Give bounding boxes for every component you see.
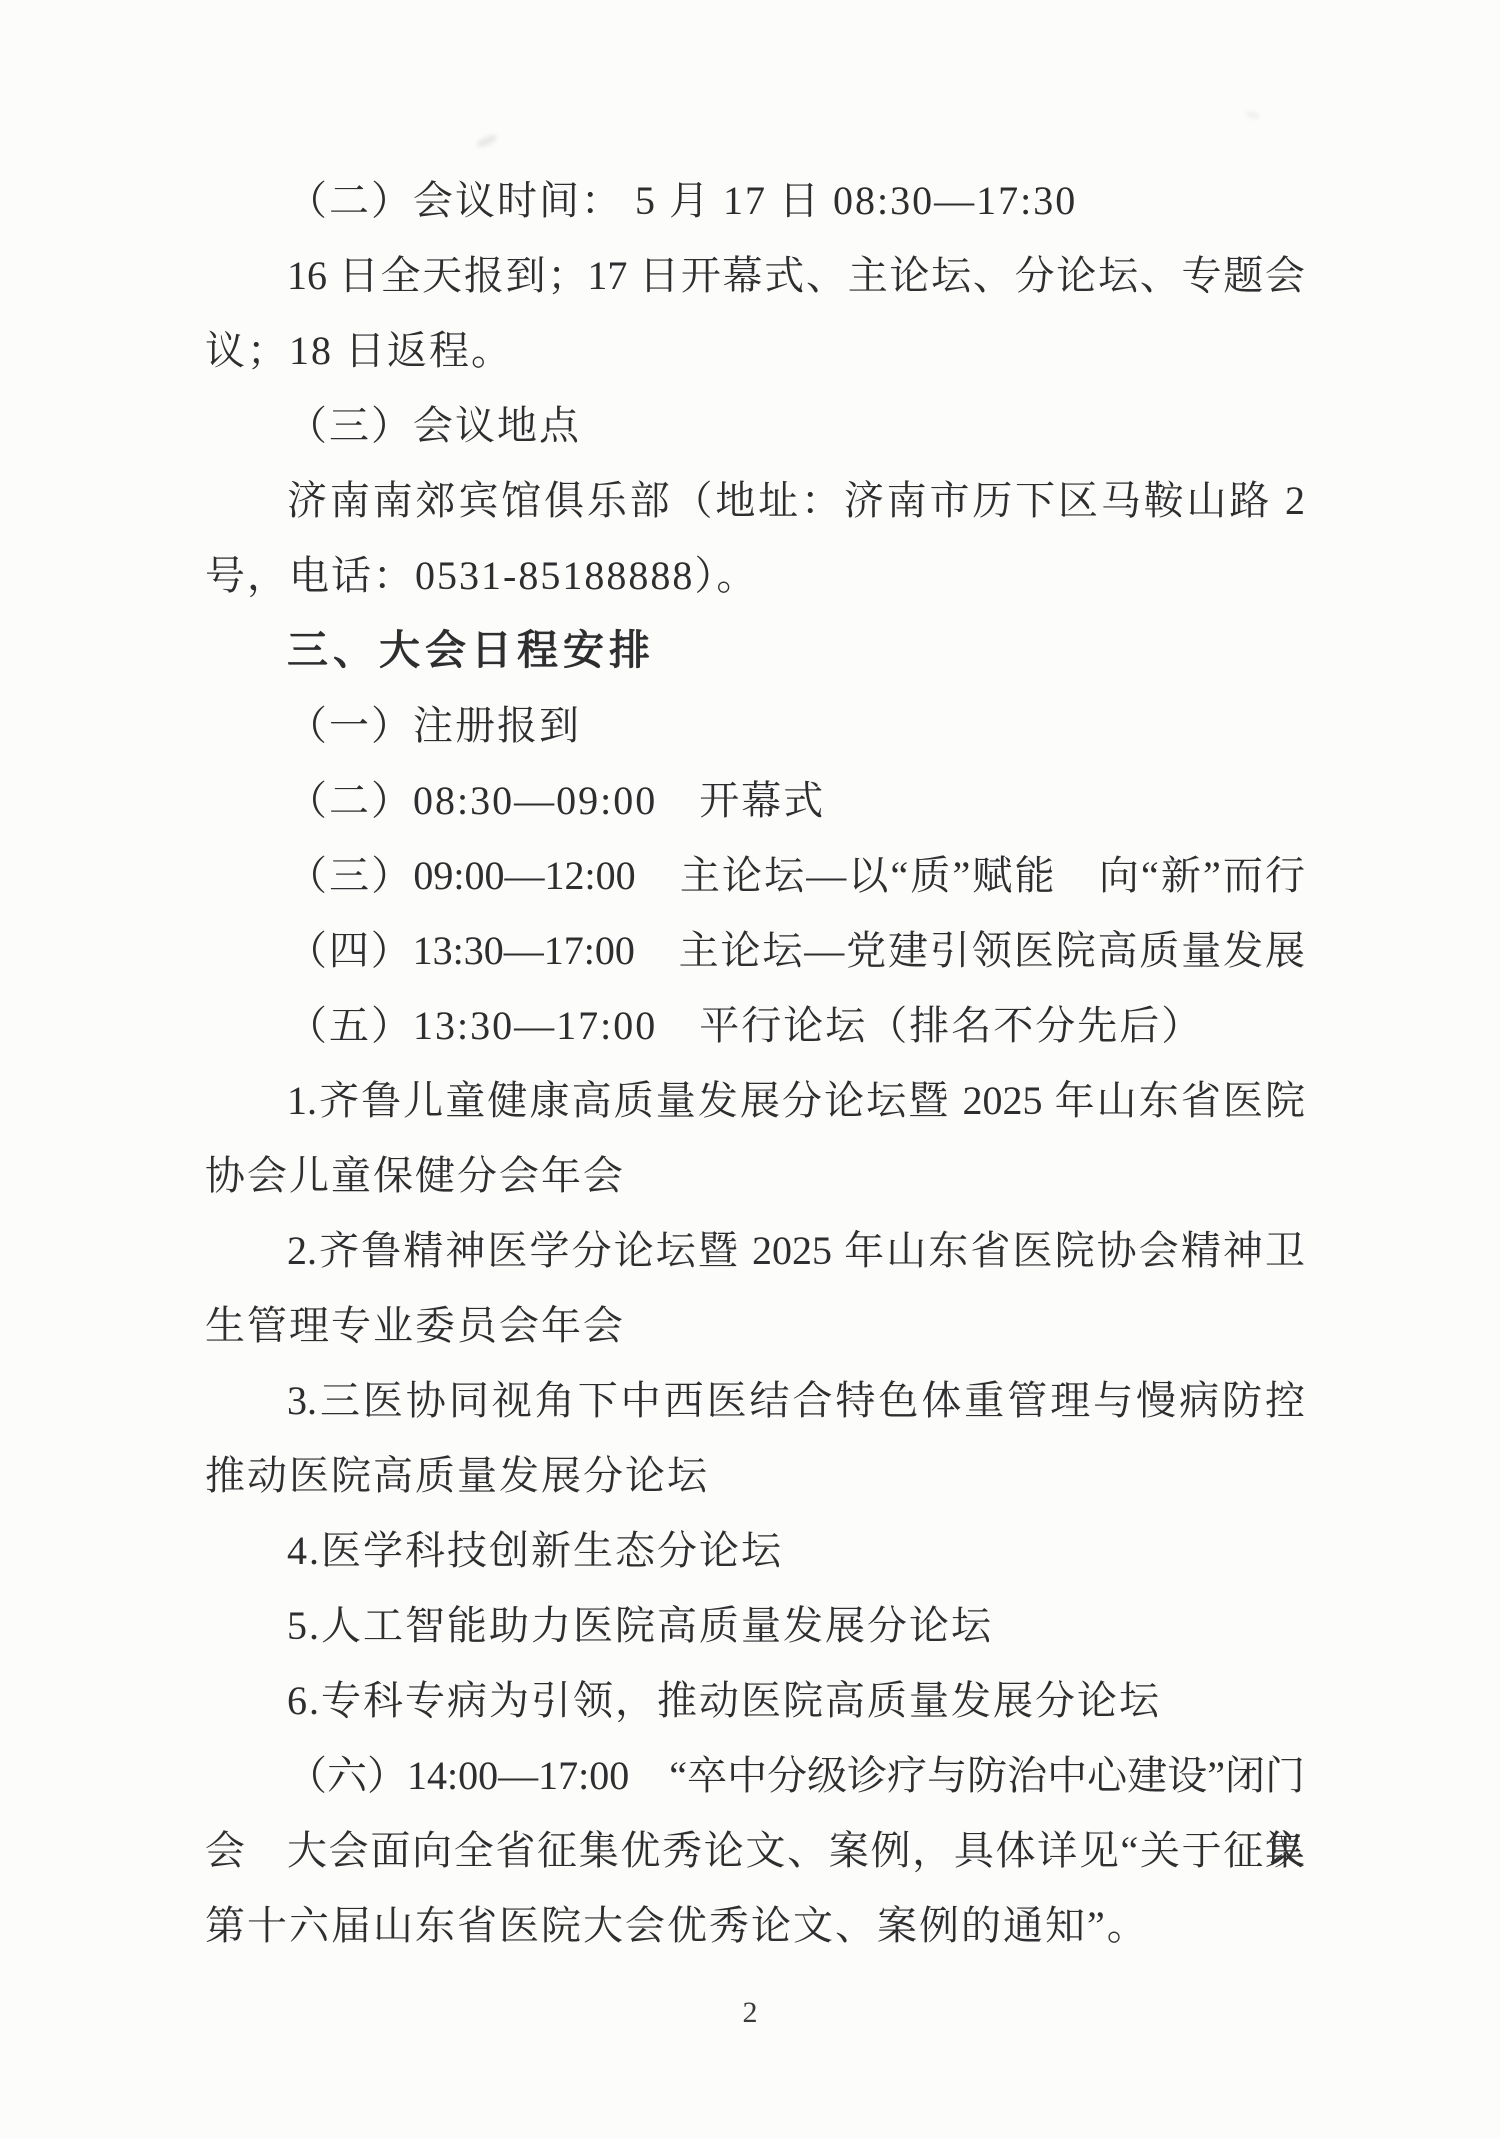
document-line: 生管理专业委员会年会 — [205, 1288, 1305, 1363]
page-number: 2 — [0, 1993, 1500, 2033]
document-line: （六）14:00—17:00 “卒中分级诊疗与防治中心建设”闭门会议 — [205, 1738, 1305, 1813]
document-page: （二）会议时间： 5 月 17 日 08:30—17:3016 日全天报到；17… — [0, 0, 1500, 2139]
document-line: 推动医院高质量发展分论坛 — [205, 1438, 1305, 1513]
section-heading: 三、大会日程安排 — [205, 613, 1305, 688]
document-line: 大会面向全省征集优秀论文、案例，具体详见“关于征集 — [205, 1813, 1305, 1888]
document-line: 6.专科专病为引领，推动医院高质量发展分论坛 — [205, 1663, 1305, 1738]
document-body: （二）会议时间： 5 月 17 日 08:30—17:3016 日全天报到；17… — [205, 163, 1305, 1963]
document-line: 协会儿童保健分会年会 — [205, 1138, 1305, 1213]
document-line: 议；18 日返程。 — [205, 313, 1305, 388]
scan-artifact — [475, 133, 498, 150]
document-line: 5.人工智能助力医院高质量发展分论坛 — [205, 1588, 1305, 1663]
document-line: 第十六届山东省医院大会优秀论文、案例的通知”。 — [205, 1888, 1305, 1963]
document-line: 3.三医协同视角下中西医结合特色体重管理与慢病防控 — [205, 1363, 1305, 1438]
document-line: （三）09:00—12:00 主论坛—以“质”赋能 向“新”而行 — [205, 838, 1305, 913]
scan-artifact — [1245, 110, 1260, 119]
document-line: （四）13:30—17:00 主论坛—党建引领医院高质量发展 — [205, 913, 1305, 988]
document-line: 号，电话：0531-85188888）。 — [205, 538, 1305, 613]
document-line: （二）08:30—09:00 开幕式 — [205, 763, 1305, 838]
document-line: 16 日全天报到；17 日开幕式、主论坛、分论坛、专题会 — [205, 238, 1305, 313]
document-line: 4.医学科技创新生态分论坛 — [205, 1513, 1305, 1588]
document-line: 济南南郊宾馆俱乐部（地址：济南市历下区马鞍山路 2 — [205, 463, 1305, 538]
document-line: （三）会议地点 — [205, 388, 1305, 463]
document-line: （二）会议时间： 5 月 17 日 08:30—17:30 — [205, 163, 1305, 238]
document-line: （五）13:30—17:00 平行论坛（排名不分先后） — [205, 988, 1305, 1063]
document-line: 2.齐鲁精神医学分论坛暨 2025 年山东省医院协会精神卫 — [205, 1213, 1305, 1288]
document-line: 1.齐鲁儿童健康高质量发展分论坛暨 2025 年山东省医院 — [205, 1063, 1305, 1138]
document-line: （一）注册报到 — [205, 688, 1305, 763]
